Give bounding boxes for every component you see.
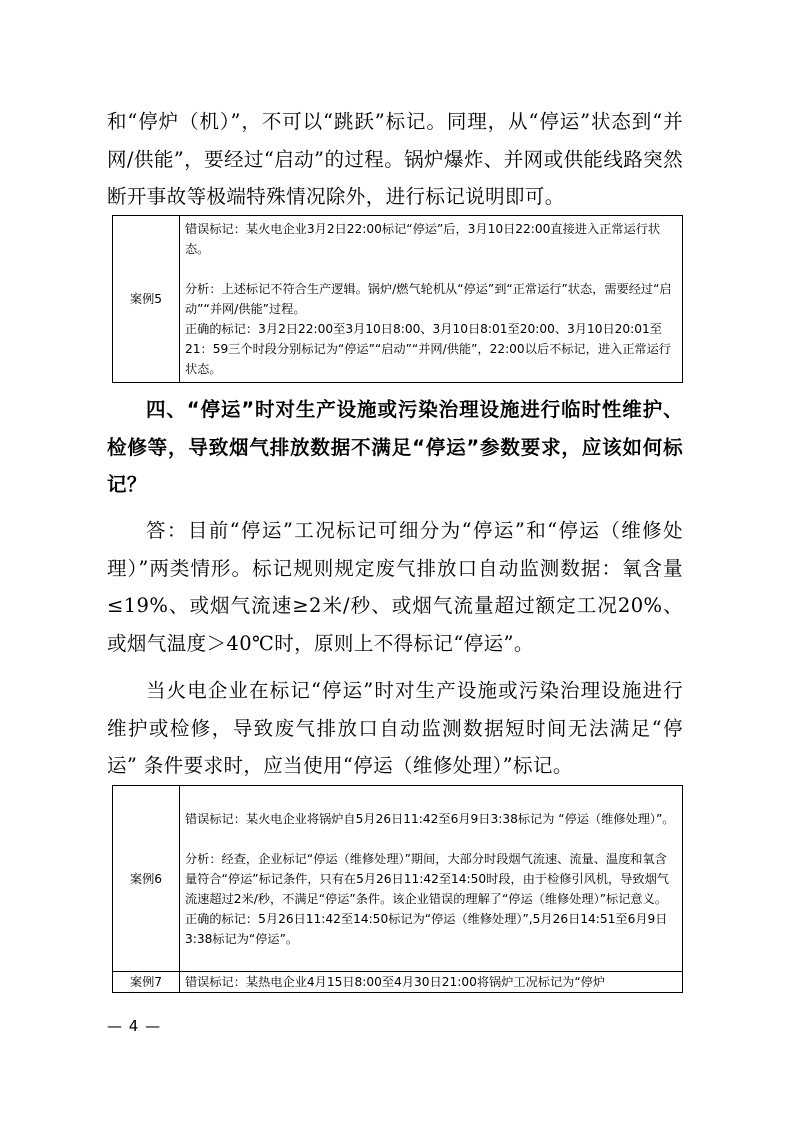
case5-error-text: 错误标记：某火电企业3月2日22:00标记“停运”后，3月10日22:00直接进… — [185, 219, 678, 259]
followup-paragraph: 当火电企业在标记“停运”时对生产设施或污染治理设施进行维护或检修，导致废气排放口… — [107, 672, 683, 785]
case5-correct-text: 正确的标记：3月2日22:00至3月10日8:00、3月10日8:01至20:0… — [185, 319, 678, 379]
document-page: 和“停炉（机）”，不可以“跳跃”标记。同理，从“停运”状态到“并网/供能”，要经… — [0, 0, 794, 1123]
case6-label: 案例6 — [113, 786, 180, 972]
spacer — [185, 829, 678, 849]
case7-content: 错误标记：某热电企业4月15日8:00至4月30日21:00将锅炉工况标记为“停… — [180, 972, 683, 993]
table-row: 案例6 错误标记：某火电企业将锅炉自5月26日11:42至6月9日3:38标记为… — [113, 786, 683, 972]
case7-error-text: 错误标记：某热电企业4月15日8:00至4月30日21:00将锅炉工况标记为“停… — [185, 972, 678, 992]
case6-error-text: 错误标记：某火电企业将锅炉自5月26日11:42至6月9日3:38标记为 “停运… — [185, 809, 678, 829]
case5-label: 案例5 — [113, 216, 180, 383]
table-row: 案例7 错误标记：某热电企业4月15日8:00至4月30日21:00将锅炉工况标… — [113, 972, 683, 993]
case7-label: 案例7 — [113, 972, 180, 993]
case5-table: 案例5 错误标记：某火电企业3月2日22:00标记“停运”后，3月10日22:0… — [112, 215, 683, 383]
spacer — [185, 259, 678, 279]
case6-analysis-text: 分析：经查，企业标记“停运（维修处理）”期间，大部分时段烟气流速、流量、温度和氧… — [185, 849, 678, 909]
case5-content: 错误标记：某火电企业3月2日22:00标记“停运”后，3月10日22:00直接进… — [180, 216, 683, 383]
section4-heading: 四、“停运”时对生产设施或污染治理设施进行临时性维护、检修等，导致烟气排放数据不… — [107, 391, 683, 504]
answer-paragraph: 答：目前“停运”工况标记可细分为“停运”和“停运（维修处理）”两类情形。标记规则… — [107, 512, 683, 662]
table-row: 案例5 错误标记：某火电企业3月2日22:00标记“停运”后，3月10日22:0… — [113, 216, 683, 383]
case6-7-table: 案例6 错误标记：某火电企业将锅炉自5月26日11:42至6月9日3:38标记为… — [112, 785, 683, 993]
page-number: — 4 — — [107, 1017, 161, 1035]
case6-content: 错误标记：某火电企业将锅炉自5月26日11:42至6月9日3:38标记为 “停运… — [180, 786, 683, 972]
intro-paragraph: 和“停炉（机）”，不可以“跳跃”标记。同理，从“停运”状态到“并网/供能”，要经… — [107, 103, 683, 216]
case6-correct-text: 正确的标记：5月26日11:42至14:50标记为“停运（维修处理）”,5月26… — [185, 909, 678, 949]
case5-analysis-text: 分析：上述标记不符合生产逻辑。锅炉/燃气轮机从“停运”到“正常运行”状态，需要经… — [185, 279, 678, 319]
